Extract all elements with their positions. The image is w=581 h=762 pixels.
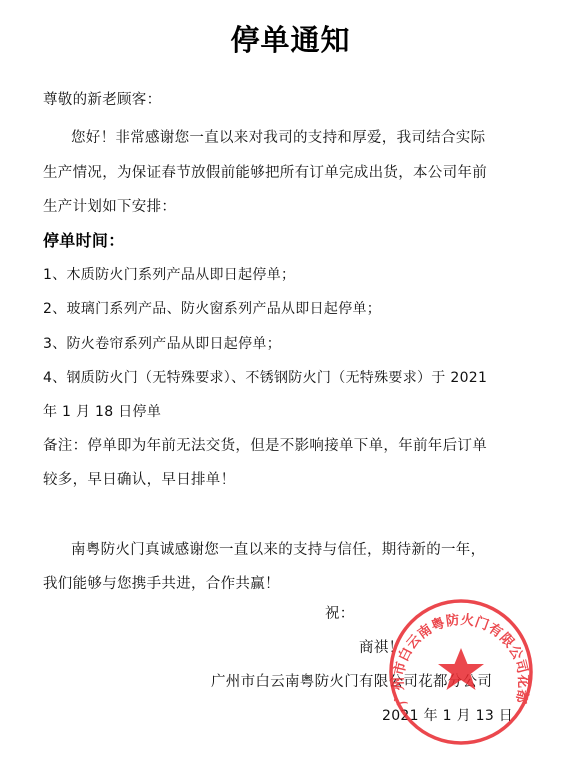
list-item: 年 1 月 18 日停单 [43, 401, 161, 421]
closing-line-2: 我们能够与您携手共进，合作共赢！ [43, 572, 280, 593]
intro-line-2: 生产情况，为保证春节放假前能够把所有订单完成出货，本公司年前 [43, 161, 487, 182]
note-line-2: 较多，早日确认，早日排单！ [43, 468, 235, 489]
closing-line-1: 南粤防火门真诚感谢您一直以来的支持与信任，期待新的一年， [71, 538, 485, 559]
section-heading: 停单时间： [43, 228, 125, 251]
company-seal-icon: 广州市白云南粤防火门有限公司花都分公司 [387, 598, 535, 746]
list-item: 1、木质防火门系列产品从即日起停单； [43, 264, 295, 284]
list-item: 3、防火卷帘系列产品从即日起停单； [43, 333, 281, 353]
list-item: 4、钢质防火门（无特殊要求）、不锈钢防火门（无特殊要求）于 2021 [43, 367, 487, 387]
wish-line-1: 祝： [325, 602, 355, 623]
list-item: 2、玻璃门系列产品、防火窗系列产品从即日起停单； [43, 298, 381, 318]
note-line-1: 备注：停单即为年前无法交货，但是不影响接单下单，年前年后订单 [43, 434, 487, 455]
intro-line-3: 生产计划如下安排： [43, 195, 176, 216]
salutation: 尊敬的新老顾客： [43, 88, 161, 109]
intro-line-1: 您好！非常感谢您一直以来对我司的支持和厚爱，我司结合实际 [71, 126, 485, 147]
notice-page: 停单通知 尊敬的新老顾客： 您好！非常感谢您一直以来对我司的支持和厚爱，我司结合… [0, 0, 581, 762]
page-title: 停单通知 [0, 18, 581, 59]
